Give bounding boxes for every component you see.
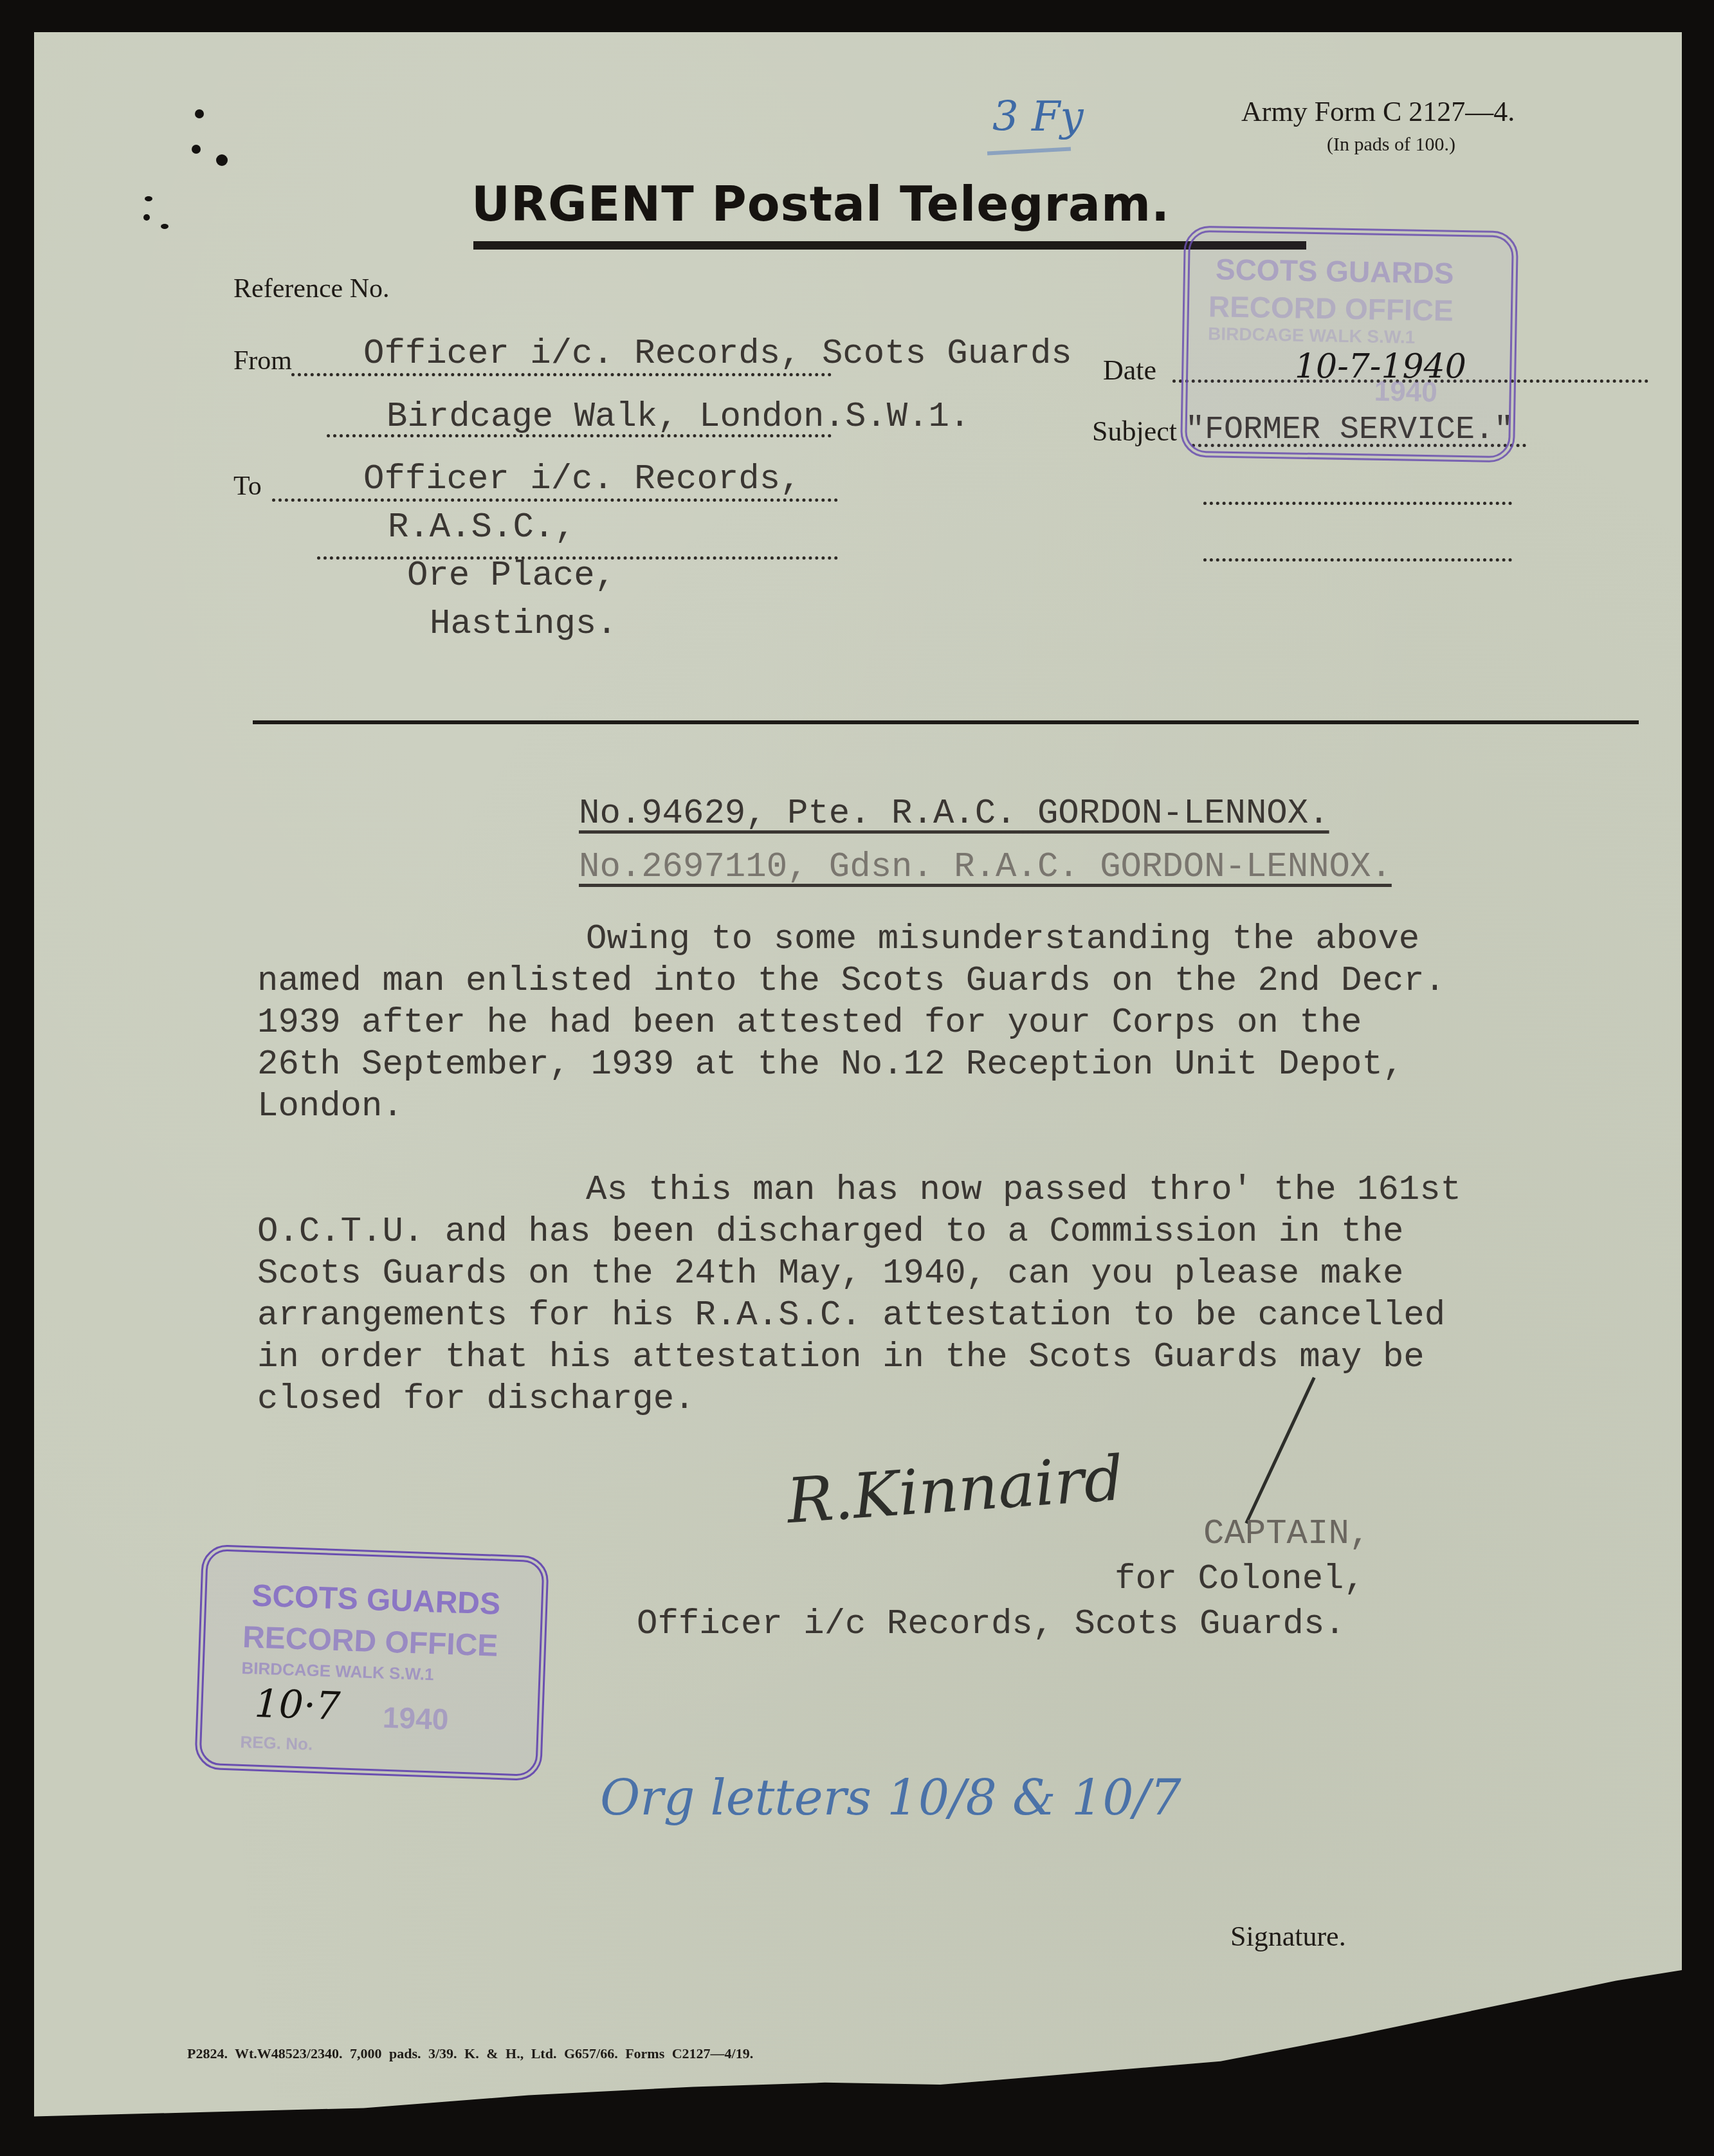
signature-rank: CAPTAIN, [1203, 1515, 1370, 1554]
punch-mark [216, 154, 228, 166]
stamp-year: 1940 [382, 1700, 449, 1737]
subject-label: Subject [1092, 415, 1177, 448]
punch-mark [161, 224, 169, 229]
stamp-line1: SCOTS GUARDS [251, 1578, 501, 1622]
handwritten-signature: R.Kinnaird [785, 1442, 1126, 1537]
signature-flourish [1244, 1377, 1315, 1524]
stamp-date: 1940 [1374, 376, 1437, 409]
paragraph-line: named man enlisted into the Scots Guards… [257, 962, 1445, 1001]
paragraph-line: in order that his attestation in the Sco… [257, 1338, 1425, 1377]
signature-label: Signature. [1230, 1920, 1346, 1953]
printer-imprint: P2824. Wt.W48523/2340. 7,000 pads. 3/39.… [187, 2045, 753, 2062]
punch-mark [192, 145, 201, 154]
page-title: URGENT Postal Telegram. [471, 177, 1170, 232]
from-line1: Officer i/c. Records, Scots Guards [363, 334, 1072, 374]
paragraph-line: closed for discharge. [257, 1380, 695, 1419]
to-line4: Hastings. [430, 605, 617, 644]
date-label: Date [1103, 354, 1156, 387]
record-office-stamp-top: SCOTS GUARDS RECORD OFFICE BIRDCAGE WALK… [1180, 225, 1518, 462]
ref-line-2: No.2697110, Gdsn. R.A.C. GORDON-LENNOX. [579, 848, 1392, 887]
stamp-reg-label: REG. No. [240, 1732, 313, 1755]
paragraph-line: Owing to some misunderstanding the above [586, 920, 1419, 959]
paragraph-line: O.C.T.U. and has been discharged to a Co… [257, 1212, 1403, 1252]
punch-mark [143, 214, 150, 221]
to-line2: R.A.S.C., [388, 508, 576, 547]
to-line1: Officer i/c. Records, [363, 460, 801, 499]
from-line2: Birdcage Walk, London.S.W.1. [387, 397, 970, 437]
paragraph-line: 1939 after he had been attested for your… [257, 1003, 1362, 1043]
paragraph-line: Scots Guards on the 24th May, 1940, can … [257, 1254, 1403, 1293]
handwritten-note-top: 3 Fy [992, 93, 1084, 141]
subject-dotted-line-2 [1203, 502, 1512, 505]
paragraph-line: London. [257, 1087, 403, 1126]
section-divider [253, 720, 1639, 724]
stamp-line2: RECORD OFFICE [1208, 289, 1454, 328]
stamp-line3: BIRDCAGE WALK S.W.1 [1208, 324, 1416, 348]
telegram-form-page: Army Form C 2127—4. (In pads of 100.) 3 … [34, 32, 1682, 2155]
ref-line-1: No.94629, Pte. R.A.C. GORDON-LENNOX. [579, 794, 1329, 834]
from-label: From [233, 345, 292, 376]
stamp-line1: SCOTS GUARDS [1216, 251, 1454, 290]
signature-office-line: Officer i/c Records, Scots Guards. [637, 1605, 1345, 1644]
paragraph-line: 26th September, 1939 at the No.12 Recept… [257, 1045, 1403, 1084]
to-label: To [233, 471, 262, 502]
punch-mark [195, 109, 204, 118]
reference-label: Reference No. [233, 273, 390, 304]
handwritten-underline [987, 147, 1071, 156]
stamp-line3: BIRDCAGE WALK S.W.1 [241, 1658, 434, 1685]
stamp-handwritten-date: 10·7 [253, 1681, 341, 1730]
signature-for-line: for Colonel, [1115, 1560, 1365, 1599]
stamp-line2: RECORD OFFICE [242, 1620, 498, 1664]
subject-dotted-line-3 [1203, 558, 1512, 562]
paragraph-line: As this man has now passed thro' the 161… [586, 1171, 1461, 1210]
paragraph-line: arrangements for his R.A.S.C. attestatio… [257, 1296, 1445, 1335]
punch-mark [145, 196, 152, 201]
record-office-stamp-bottom: SCOTS GUARDS RECORD OFFICE BIRDCAGE WALK… [194, 1544, 549, 1782]
handwritten-note-bottom: Org letters 10/8 & 10/7 [600, 1769, 1181, 1826]
form-number: Army Form C 2127—4. [1241, 95, 1515, 128]
pad-note: (In pads of 100.) [1327, 134, 1455, 156]
title-underline [473, 241, 1306, 250]
to-line3: Ore Place, [407, 556, 615, 596]
